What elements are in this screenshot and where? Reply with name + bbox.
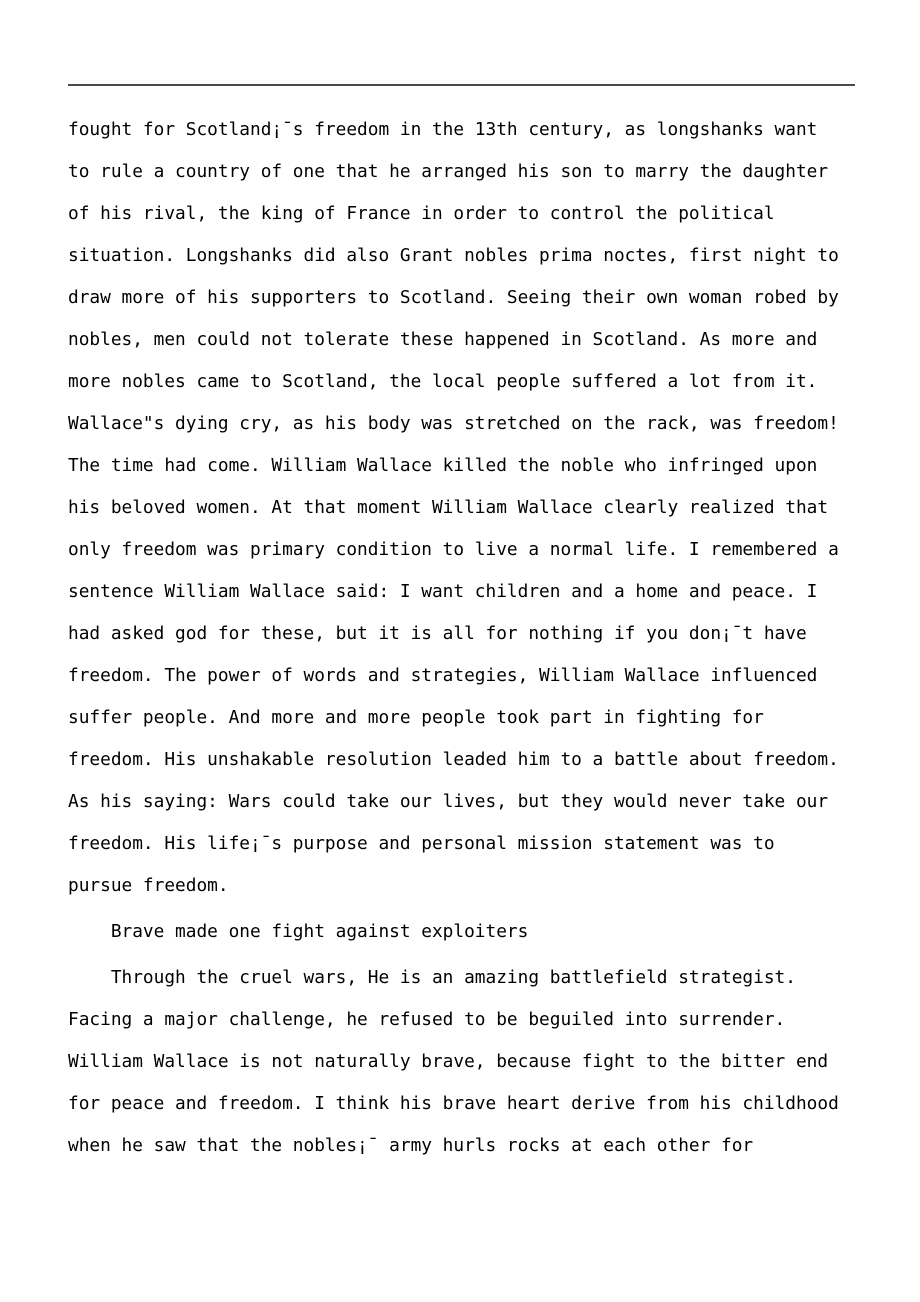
text-line: The time had come. William Wallace kille… [68, 445, 868, 487]
text-line: freedom. The power of words and strategi… [68, 655, 868, 697]
text-line: had asked god for these, but it is all f… [68, 613, 868, 655]
text-line: of his rival, the king of France in orde… [68, 193, 868, 235]
text-line: fought for Scotland¡¯s freedom in the 13… [68, 109, 868, 151]
paragraph-freedom: fought for Scotland¡¯s freedom in the 13… [68, 109, 868, 907]
header-rule [68, 84, 855, 86]
text-line: pursue freedom. [68, 865, 868, 907]
text-line: William Wallace is not naturally brave, … [68, 1041, 868, 1083]
text-line: only freedom was primary condition to li… [68, 529, 868, 571]
text-line: Facing a major challenge, he refused to … [68, 999, 868, 1041]
text-line: sentence William Wallace said: I want ch… [68, 571, 868, 613]
text-line: Wallace"s dying cry, as his body was str… [68, 403, 868, 445]
document-body: fought for Scotland¡¯s freedom in the 13… [68, 109, 868, 1167]
document-page: fought for Scotland¡¯s freedom in the 13… [0, 0, 920, 1302]
paragraph-brave-heading: Brave made one fight against exploiters [68, 911, 868, 953]
paragraph-brave-body: Through the cruel wars, He is an amazing… [68, 957, 868, 1167]
text-line: his beloved women. At that moment Willia… [68, 487, 868, 529]
text-line: when he saw that the nobles¡¯ army hurls… [68, 1125, 868, 1167]
text-line: more nobles came to Scotland, the local … [68, 361, 868, 403]
text-line: for peace and freedom. I think his brave… [68, 1083, 868, 1125]
text-line: freedom. His unshakable resolution leade… [68, 739, 868, 781]
text-line: As his saying: Wars could take our lives… [68, 781, 868, 823]
text-line: situation. Longshanks did also Grant nob… [68, 235, 868, 277]
text-line: draw more of his supporters to Scotland.… [68, 277, 868, 319]
text-line: Through the cruel wars, He is an amazing… [68, 957, 868, 999]
text-line: Brave made one fight against exploiters [68, 911, 868, 953]
text-line: nobles, men could not tolerate these hap… [68, 319, 868, 361]
text-line: freedom. His life¡¯s purpose and persona… [68, 823, 868, 865]
text-line: to rule a country of one that he arrange… [68, 151, 868, 193]
text-line: suffer people. And more and more people … [68, 697, 868, 739]
